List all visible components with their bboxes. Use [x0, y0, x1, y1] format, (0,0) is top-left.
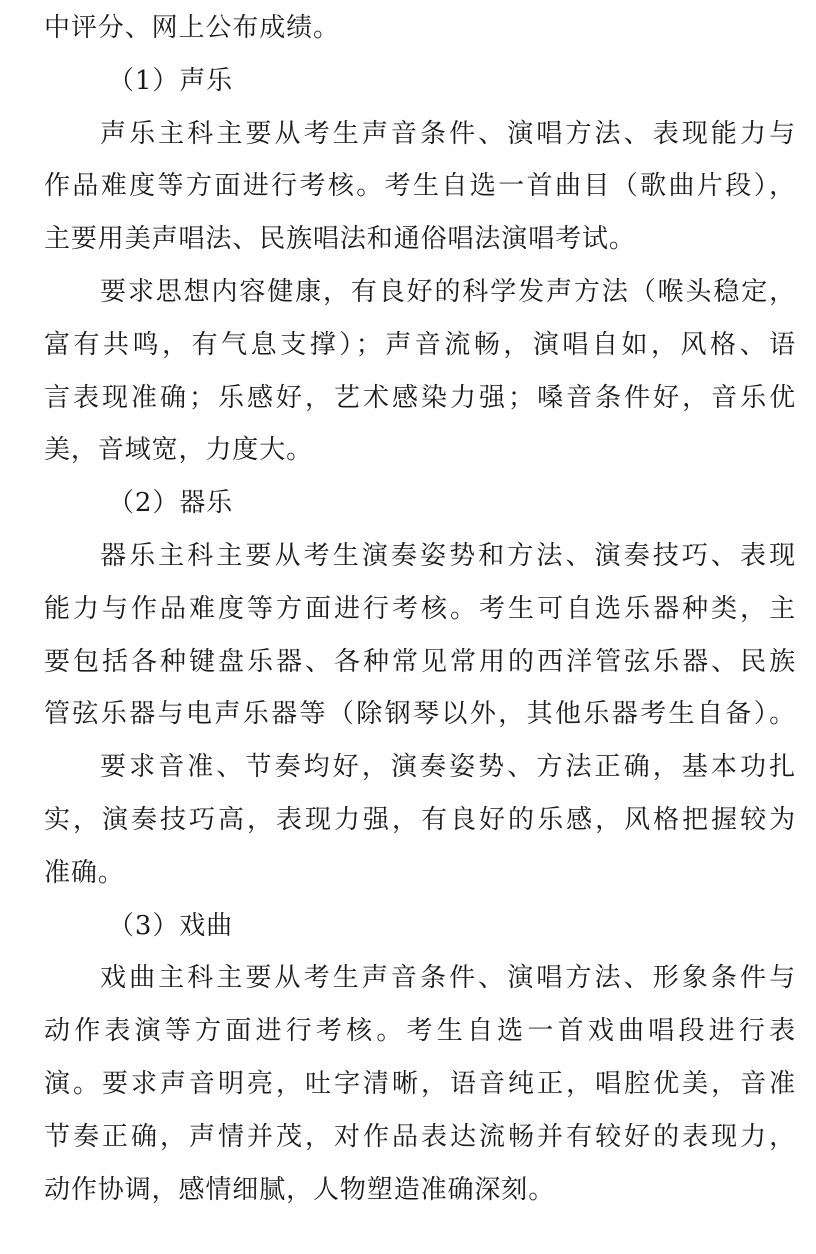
- text-line: 富有共鸣，有气息支撑）；声音流畅，演唱自如，风格、语: [44, 319, 796, 372]
- text-line: 言表现准确；乐感好，艺术感染力强；嗓音条件好，音乐优: [44, 372, 796, 425]
- text-line: 动作表演等方面进行考核。考生自选一首戏曲唱段进行表: [44, 1005, 796, 1058]
- text-line: 器乐主科主要从考生演奏姿势和方法、演奏技巧、表现: [44, 530, 796, 583]
- section-heading-instrumental: （2）器乐: [44, 477, 796, 530]
- text-line: 声乐主科主要从考生声音条件、演唱方法、表现能力与: [44, 108, 796, 161]
- text-line: 要求音准、节奏均好，演奏姿势、方法正确，基本功扎: [44, 741, 796, 794]
- text-line: 作品难度等方面进行考核。考生自选一首曲目（歌曲片段），: [44, 160, 796, 213]
- paragraph-continuation: 中评分、网上公布成绩。: [44, 2, 796, 55]
- text-line: 实，演奏技巧高，表现力强，有良好的乐感，风格把握较为: [44, 794, 796, 847]
- text-line: 准确。: [44, 847, 796, 900]
- text-line: 戏曲主科主要从考生声音条件、演唱方法、形象条件与: [44, 952, 796, 1005]
- text-line: 演。要求声音明亮，吐字清晰，语音纯正，唱腔优美，音准: [44, 1058, 796, 1111]
- text-line: 要包括各种键盘乐器、各种常见常用的西洋管弦乐器、民族: [44, 636, 796, 689]
- text-line: 主要用美声唱法、民族唱法和通俗唱法演唱考试。: [44, 213, 796, 266]
- text-line: 要求思想内容健康，有良好的科学发声方法（喉头稳定，: [44, 266, 796, 319]
- section-heading-vocal: （1）声乐: [44, 55, 796, 108]
- document-page: 中评分、网上公布成绩。 （1）声乐 声乐主科主要从考生声音条件、演唱方法、表现能…: [44, 2, 796, 1216]
- text-line: 节奏正确，声情并茂，对作品表达流畅并有较好的表现力，: [44, 1111, 796, 1164]
- text-line: 动作协调，感情细腻，人物塑造准确深刻。: [44, 1164, 796, 1217]
- section-heading-opera: （3）戏曲: [44, 900, 796, 953]
- text-line: 管弦乐器与电声乐器等（除钢琴以外，其他乐器考生自备）。: [44, 688, 796, 741]
- text-line: 能力与作品难度等方面进行考核。考生可自选乐器种类，主: [44, 583, 796, 636]
- text-line: 美，音域宽，力度大。: [44, 424, 796, 477]
